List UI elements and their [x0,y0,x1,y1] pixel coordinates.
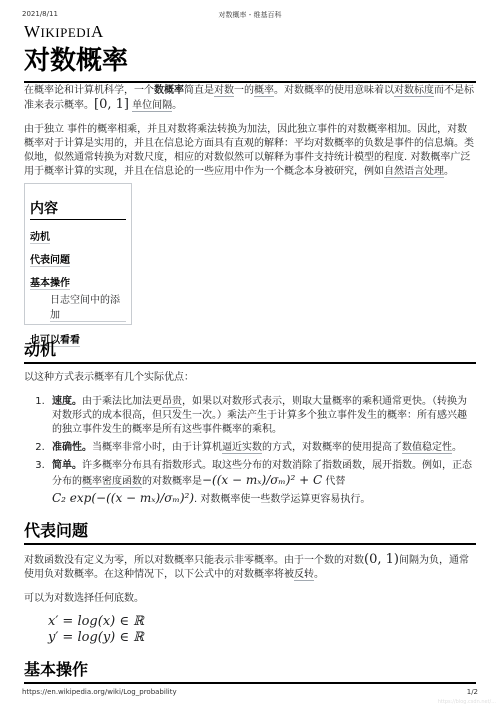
motivation-section: 以这种方式表示概率有几个实际优点： 速度。由于乘法比加法更昂贵，如果以对数形式表… [24,371,476,511]
math-open-interval: (0, 1) [364,552,399,567]
link-pdf[interactable]: 概率密度函数 [82,476,142,488]
link-probability[interactable]: 概率 [254,85,274,97]
watermark: https://blog.csdn.net/... [438,699,496,705]
toc-item-log-space-addition[interactable]: 日志空间中的添加 [50,291,126,322]
intro-paragraph-1: 在概率论和计算机科学，一个数概率简直是对数一的概率。对数概率的使用意味着以对数标… [24,84,476,113]
toc-item-representation[interactable]: 代表问题 [30,251,70,267]
formula-y: y′ = log(y) ∈ ℝ [24,630,476,646]
link-numerical-stability[interactable]: 数值稳定性 [402,442,452,454]
intro: 在概率论和计算机科学，一个数概率简直是对数一的概率。对数概率的使用意味着以对数标… [24,84,476,179]
representation-paragraph: 对数函数没有定义为零，所以对数概率只能表示非零概率。由于一个数的对数(0, 1)… [24,553,476,582]
math-normal-pdf: C₂ exp(−((x − mₓ)/σₘ)²) [52,491,194,505]
toc-item-motivation[interactable]: 动机 [30,228,50,244]
list-item-simplicity: 简单。许多概率分布具有指数形式。取这些分布的对数消除了指数函数，展开指数。例如，… [48,459,476,507]
section-heading-basic-ops: 基本操作 [24,660,476,684]
advantages-list: 速度。由于乘法比加法更昂贵，如果以对数形式表示，则取大量概率的乘积通常更快。（转… [24,395,476,507]
link-expensive[interactable]: 昂贵 [162,396,182,408]
link-inverted[interactable]: 反转 [294,569,314,581]
intro-paragraph-2: 由于独立 事件的概率相乘，并且对数将乘法转换为加法，因此独立事件的对数概率相加。… [24,123,476,179]
formula-block: x′ = log(x) ∈ ℝ y′ = log(y) ∈ ℝ [24,614,476,646]
table-of-contents: 内容 动机 代表问题 基本操作 日志空间中的添加 也可以看看 [24,183,132,325]
link-nlp[interactable]: 自然语言处理 [384,166,444,178]
link-log-scale[interactable]: 对数标度 [394,85,434,97]
list-item-accuracy: 准确性。当概率非常小时，由于计算机逼近实数的方式，对数概率的使用提高了数值稳定性… [48,441,476,455]
page-title: 对数概率 [24,44,476,83]
formula-x: x′ = log(x) ∈ ℝ [24,614,476,630]
footer-url: https://en.wikipedia.org/wiki/Log_probab… [22,688,177,696]
page-number: 1/2 [467,688,478,696]
link-approximate-reals[interactable]: 逼近实数 [222,442,262,454]
link-unit-interval[interactable]: 单位间隔 [132,100,172,112]
base-paragraph: 可以为对数选择任何底数。 [24,592,476,606]
toc-item-basic-ops[interactable]: 基本操作 [30,274,70,290]
bold-term: 数概率 [154,85,184,96]
section-heading-motivation: 动机 [24,340,476,364]
math-unit-interval: [0, 1] [94,97,129,112]
print-page-title: 对数概率 - 维基百科 [22,10,478,20]
representation-section: 对数函数没有定义为零，所以对数概率只能表示非零概率。由于一个数的对数(0, 1)… [24,553,476,646]
math-log-normal: −((x − mₓ)/σₘ)² + C [202,473,322,487]
section-heading-representation: 代表问题 [24,521,476,545]
motivation-lead: 以这种方式表示概率有几个实际优点： [24,371,476,385]
wikipedia-wordmark[interactable]: WIKIPEDIA [24,22,104,42]
toc-title: 内容 [30,198,126,220]
link-logarithm[interactable]: 对数 [214,85,234,97]
list-item-speed: 速度。由于乘法比加法更昂贵，如果以对数形式表示，则取大量概率的乘积通常更快。（转… [48,395,476,437]
